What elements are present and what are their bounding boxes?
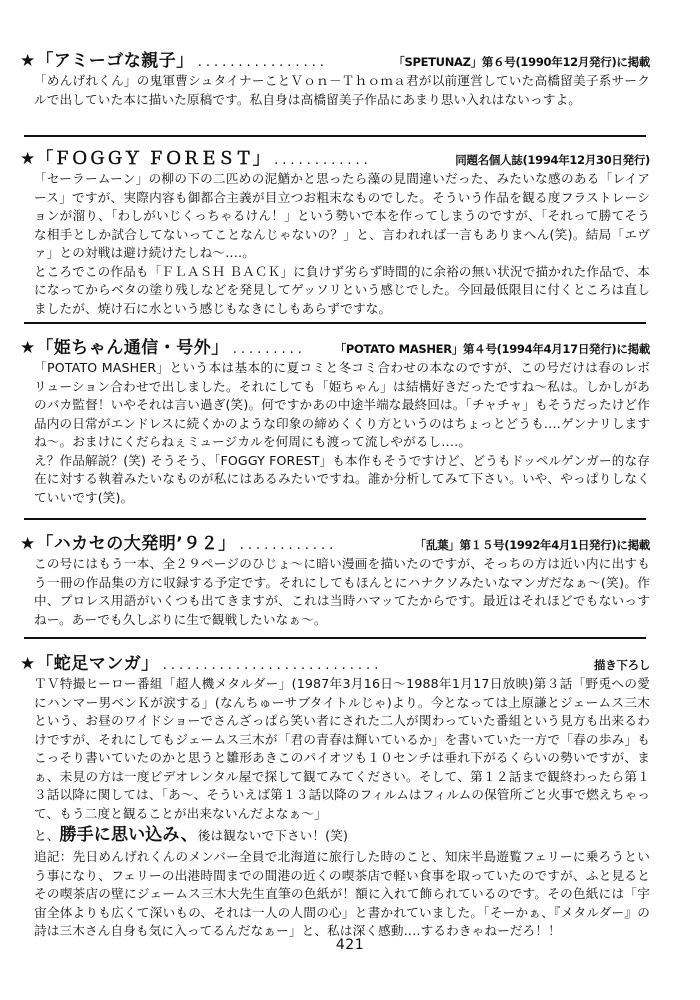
- section-title: 「ＦＯＧＧＹ ＦＯＲＥＳＴ」: [36, 148, 270, 170]
- publication-source: 同題名個人誌(1994年12月30日発行): [455, 149, 650, 171]
- section-body: 「POTATO MASHER」という本は基本的に夏コミと冬コミ合わせの本なのです…: [20, 359, 650, 507]
- section-divider: [24, 518, 646, 520]
- section-hime-chan: ★ 「姫ちゃん通信・号外」 ......... 「POTATO MASHER」第…: [20, 337, 650, 507]
- section-title: 「ハカセの大発明’９２」: [36, 533, 235, 555]
- section-heading: ★ 「アミーゴな親子」 ................ 「SPETUNAZ」第…: [20, 50, 650, 72]
- section-title: 「蛇足マンガ」: [36, 653, 159, 675]
- section-hakase: ★ 「ハカセの大発明’９２」 ............ 「乱葉」第１５号(199…: [20, 533, 650, 629]
- paragraph: ＴＶ特撮ヒーロー番組「超人機メタルダー」(1987年3月16日～1988年1月1…: [34, 675, 650, 823]
- page-number: 421: [0, 937, 700, 953]
- emphasis-line: と、勝手に思い込み、後は観ないで下さい！(笑): [34, 823, 650, 848]
- leader-dots: .........: [233, 339, 331, 361]
- leader-dots: ................: [198, 52, 390, 74]
- section-dasoku-manga: ★ 「蛇足マンガ」 ........................... 描き…: [20, 653, 650, 941]
- leader-dots: ...........................: [163, 655, 590, 677]
- publication-source: 「SPETUNAZ」第６号(1990年12月発行)に掲載: [393, 51, 650, 73]
- leader-dots: ............: [274, 150, 451, 172]
- star-icon: ★: [20, 653, 35, 675]
- star-icon: ★: [20, 337, 35, 359]
- paragraph: え？作品解説？(笑) そうそう、「FOGGY FOREST」も本作もそうですけど…: [34, 452, 650, 508]
- section-body: この号にはもう一本、全２９ページのひじょ～に暗い漫画を描いたのですが、そっちの方…: [20, 555, 650, 629]
- section-heading: ★ 「ＦＯＧＧＹ ＦＯＲＥＳＴ」 ............ 同題名個人誌(199…: [20, 148, 650, 170]
- section-title: 「姫ちゃん通信・号外」: [36, 337, 229, 359]
- emphasis-prefix: と、: [34, 828, 60, 843]
- star-icon: ★: [20, 50, 35, 72]
- section-heading: ★ 「姫ちゃん通信・号外」 ......... 「POTATO MASHER」第…: [20, 337, 650, 359]
- section-divider: [24, 135, 646, 137]
- section-heading: ★ 「蛇足マンガ」 ........................... 描き…: [20, 653, 650, 675]
- paragraph: 「めんげれくん」の鬼軍曹シュタイナーことＶｏｎ－Ｔｈｏｍａ君が以前運営していた高…: [34, 72, 650, 109]
- publication-source: 「乱葉」第１５号(1992年4月1日発行)に掲載: [415, 534, 650, 556]
- section-title: 「アミーゴな親子」: [36, 50, 194, 72]
- star-icon: ★: [20, 533, 35, 555]
- paragraph: 「POTATO MASHER」という本は基本的に夏コミと冬コミ合わせの本なのです…: [34, 359, 650, 452]
- emphasis-suffix: 後は観ないで下さい！(笑): [198, 828, 348, 843]
- section-body: ＴＶ特撮ヒーロー番組「超人機メタルダー」(1987年3月16日～1988年1月1…: [20, 675, 650, 941]
- publication-source: 描き下ろし: [594, 654, 650, 676]
- section-divider: [24, 637, 646, 639]
- section-body: 「セーラームーン」の柳の下の二匹めの泥鰌かと思ったら藻の見間違いだった、みたいな…: [20, 170, 650, 318]
- section-amigo: ★ 「アミーゴな親子」 ................ 「SPETUNAZ」第…: [20, 50, 650, 109]
- leader-dots: ............: [240, 535, 411, 557]
- section-body: 「めんげれくん」の鬼軍曹シュタイナーことＶｏｎ－Ｔｈｏｍａ君が以前運営していた高…: [20, 72, 650, 109]
- paragraph: ところでこの作品も「ＦＬＡＳＨ ＢＡＣＫ」に負けず劣らず時間的に余裕の無い状況で…: [34, 263, 650, 319]
- document-page: ★ 「アミーゴな親子」 ................ 「SPETUNAZ」第…: [0, 0, 700, 1000]
- paragraph: 「セーラームーン」の柳の下の二匹めの泥鰌かと思ったら藻の見間違いだった、みたいな…: [34, 170, 650, 263]
- postscript: 追記：先日めんげれくんのメンバー全員で北海道に旅行した時のこと、知床半島遊覧フェ…: [34, 848, 650, 941]
- emphasis-text: 勝手に思い込み、: [60, 825, 198, 845]
- section-foggy-forest: ★ 「ＦＯＧＧＹ ＦＯＲＥＳＴ」 ............ 同題名個人誌(199…: [20, 148, 650, 318]
- section-heading: ★ 「ハカセの大発明’９２」 ............ 「乱葉」第１５号(199…: [20, 533, 650, 555]
- section-divider: [24, 322, 646, 324]
- publication-source: 「POTATO MASHER」第４号(1994年4月17日発行)に掲載: [335, 338, 650, 360]
- star-icon: ★: [20, 148, 35, 170]
- paragraph: この号にはもう一本、全２９ページのひじょ～に暗い漫画を描いたのですが、そっちの方…: [34, 555, 650, 629]
